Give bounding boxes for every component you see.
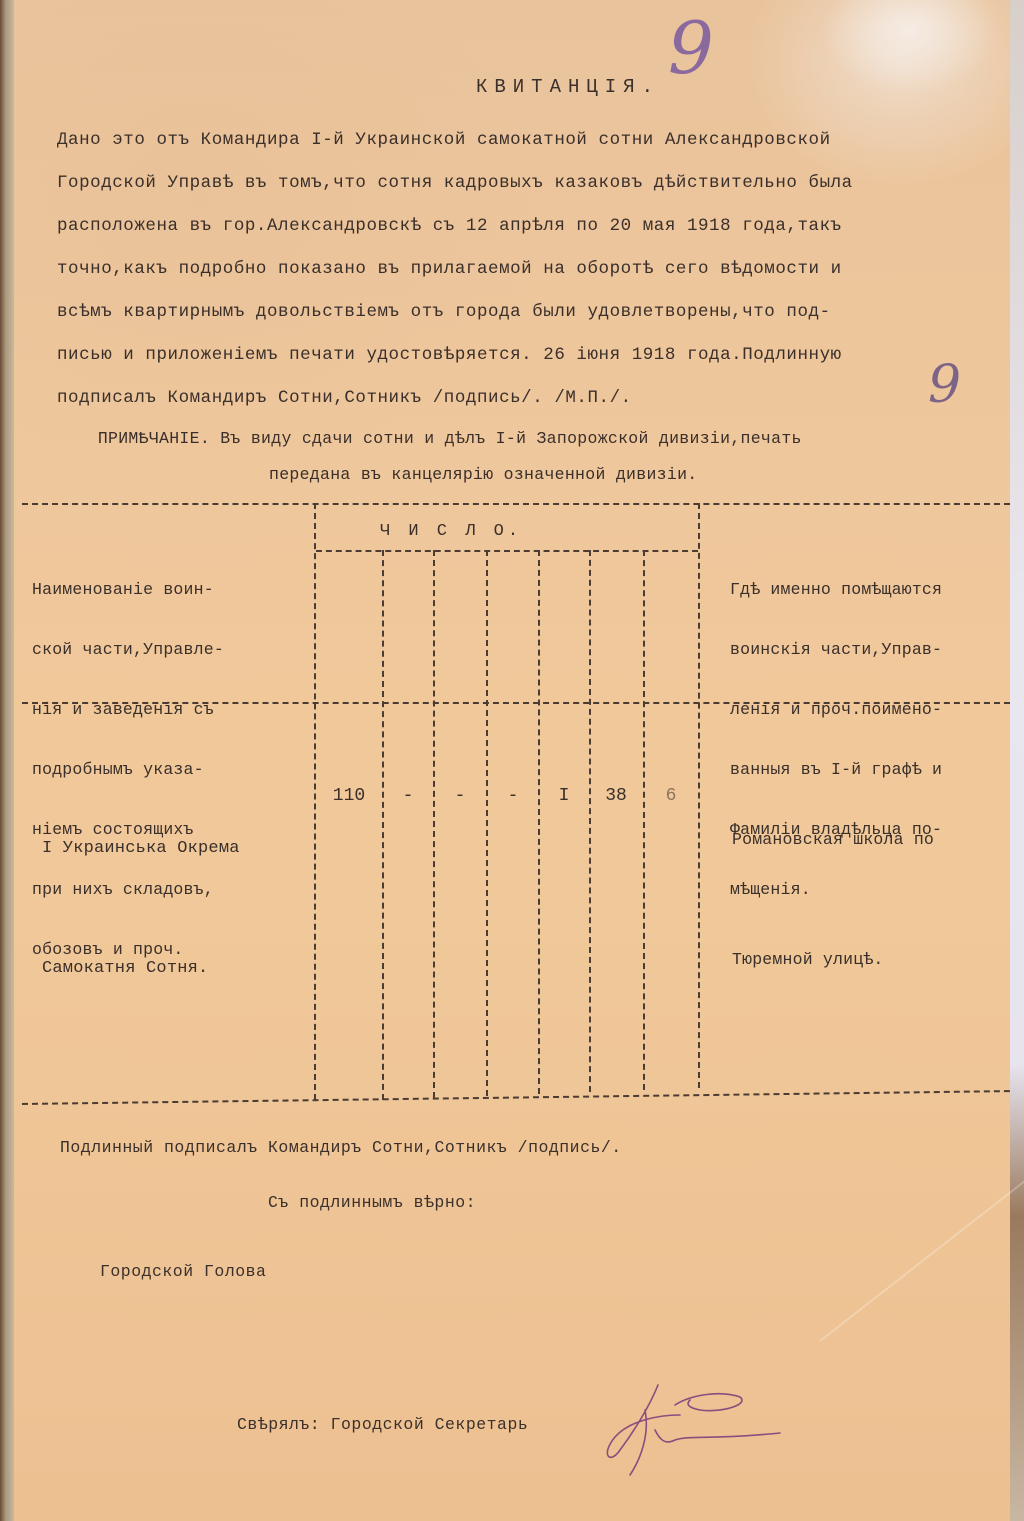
table-column-divider bbox=[433, 550, 435, 1098]
table-cell-number: - bbox=[488, 786, 538, 806]
table-column-divider bbox=[486, 550, 488, 1096]
table-cell-number: - bbox=[435, 786, 485, 806]
signature-icon bbox=[590, 1375, 790, 1485]
header-line: ской части,Управле- bbox=[32, 640, 224, 660]
table-column-divider bbox=[314, 503, 316, 1100]
paper-stain bbox=[820, 0, 1010, 110]
document-title: КВИТАНЦІЯ. bbox=[0, 76, 660, 98]
unit-line: Самокатня Сотня. bbox=[42, 949, 240, 989]
paper-fold bbox=[819, 1180, 1024, 1342]
table-cell-number: - bbox=[384, 786, 432, 806]
table-cell-number: 110 bbox=[318, 786, 380, 806]
body-line: Дано это отъ Командира I-й Украинской са… bbox=[57, 130, 853, 173]
table-bottom-border bbox=[22, 1090, 1010, 1105]
table-top-border bbox=[22, 503, 1010, 505]
table-column-divider bbox=[538, 550, 540, 1094]
table-column-divider bbox=[382, 550, 384, 1100]
body-line: Городской Управѣ въ томъ,что сотня кадро… bbox=[57, 173, 853, 216]
table-column-divider bbox=[589, 550, 591, 1092]
table-row-unit: I Украинська Окрема Самокатня Сотня. bbox=[42, 749, 240, 1069]
body-line: всѣмъ квартирнымъ довольствіемъ отъ горо… bbox=[57, 302, 853, 345]
header-line: нія и заведенія съ bbox=[32, 700, 224, 720]
table-column-divider bbox=[698, 503, 700, 1088]
binding-spine bbox=[0, 0, 14, 1521]
header-line: Гдѣ именно помѣщаются bbox=[730, 580, 942, 600]
document-page: 9 9 КВИТАНЦІЯ. Дано это отъ Командира I-… bbox=[0, 0, 1010, 1521]
body-line: точно,какъ подробно показано въ прилагае… bbox=[57, 259, 853, 302]
note-line-2: передана въ канцелярію означенной дивизі… bbox=[57, 465, 802, 484]
page-number-mark-secondary: 9 bbox=[928, 355, 961, 415]
mayor-label: Городской Голова bbox=[100, 1262, 266, 1281]
header-line: ленія и проч.поимено- bbox=[730, 700, 942, 720]
note: ПРИМѢЧАНІЕ. Въ виду сдачи сотни и дѣлъ I… bbox=[57, 410, 802, 522]
secretary-label: Свѣрялъ: Городской Секретарь bbox=[237, 1415, 528, 1434]
note-line-1: Въ виду сдачи сотни и дѣлъ I-й Запорожск… bbox=[220, 429, 802, 448]
unit-line: I Украинська Окрема bbox=[42, 829, 240, 869]
table-column-divider bbox=[643, 550, 645, 1090]
receipt-body: Дано это отъ Командира I-й Украинской са… bbox=[57, 130, 853, 431]
table-row-location: Романовская школа по Тюремной улицѣ. bbox=[732, 740, 934, 1060]
location-line: Тюремной улицѣ. bbox=[732, 940, 934, 980]
table-cell-number: 6 bbox=[645, 786, 697, 806]
page-number-mark: 9 bbox=[668, 6, 714, 90]
body-line: расположена въ гор.Александровскѣ съ 12 … bbox=[57, 216, 853, 259]
header-line: воинскія части,Управ- bbox=[730, 640, 942, 660]
number-header-underline bbox=[316, 550, 698, 552]
header-line: Наименованіе воин- bbox=[32, 580, 224, 600]
table-cell-number: 38 bbox=[591, 786, 641, 806]
signed-statement: Подлинный подписалъ Командиръ Сотни,Сотн… bbox=[60, 1138, 622, 1157]
col-header-number: Ч И С Л О. bbox=[380, 522, 522, 542]
location-line: Романовская школа по bbox=[732, 820, 934, 860]
verified-statement: Съ подлиннымъ вѣрно: bbox=[268, 1193, 476, 1212]
note-label: ПРИМѢЧАНІЕ. bbox=[98, 429, 210, 448]
body-line: писью и приложеніемъ печати удостовѣряет… bbox=[57, 345, 853, 388]
table-cell-number: I bbox=[540, 786, 588, 806]
